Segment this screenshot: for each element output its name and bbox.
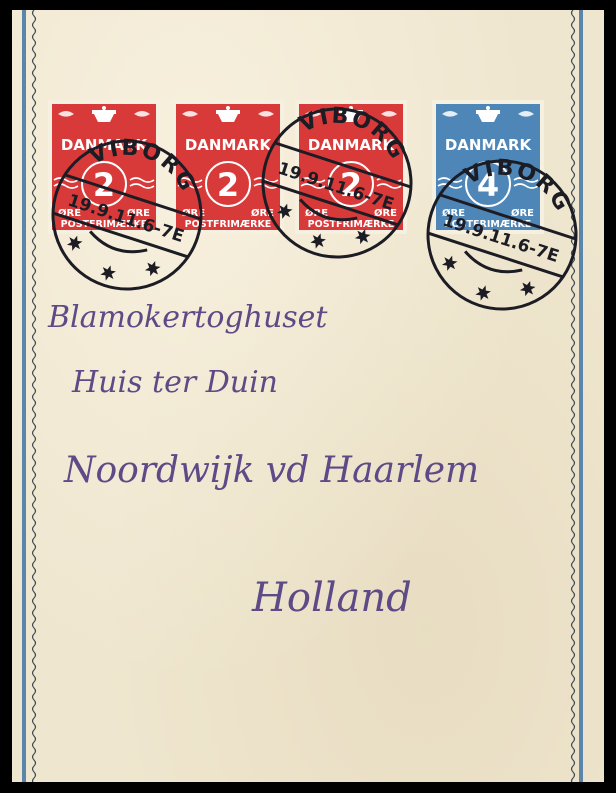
svg-text:VIBORG: VIBORG [290,98,419,170]
address-line-4: Holland [252,575,412,621]
postmark-viborg-3: VIBORG 19.9.11.6-7E [417,150,587,320]
svg-text:19.9.11.6-7E: 19.9.11.6-7E [440,211,561,267]
svg-text:2: 2 [217,166,239,204]
left-border-rule [22,10,26,782]
address-line-2: Huis ter Duin [72,365,278,400]
svg-text:19.9.11.6-7E: 19.9.11.6-7E [65,191,186,247]
svg-text:VIBORG: VIBORG [455,150,584,222]
address-line-1: Blamokertoghuset [48,300,327,335]
left-wavy-border [31,10,37,782]
right-wavy-border [570,10,576,782]
letter-card: DANMARK 2 ØRE ØRE POSTFRIMÆRKE DANMARK 2… [12,10,604,782]
address-line-3: Noordwijk vd Haarlem [64,450,479,491]
postmark-viborg-1: VIBORG 19.9.11.6-7E [42,130,212,300]
right-border-rule [579,10,583,782]
postmark-viborg-2: VIBORG 19.9.11.6-7E [252,98,422,268]
svg-text:19.9.11.6-7E: 19.9.11.6-7E [275,159,396,215]
svg-text:VIBORG: VIBORG [80,130,209,202]
